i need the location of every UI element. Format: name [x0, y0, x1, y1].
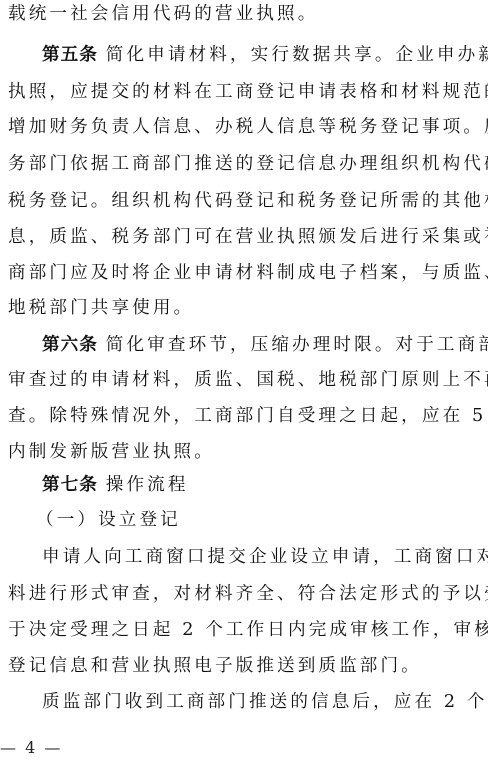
text-line: 查。除特殊情况外，工商部门自受理之日起，应在 5 个工作日	[8, 405, 480, 427]
line-text: 申请人向工商窗口提交企业设立申请，工商窗口对申请材	[42, 547, 488, 567]
text-line: 载统一社会信用代码的营业执照。	[8, 3, 480, 25]
document-page: 载统一社会信用代码的营业执照。 第五条简化申请材料，实行数据共享。企业申办新版营…	[0, 0, 488, 771]
text-line: 审查过的申请材料，质监、国税、地税部门原则上不再重复审	[8, 369, 480, 391]
page-number: — 4 —	[0, 738, 62, 758]
line-text: 税务登记。组织机构代码登记和税务登记所需的其他材料和信	[8, 191, 488, 211]
line-text: 内制发新版营业执照。	[8, 442, 215, 462]
section-heading: （一）设立登记	[36, 510, 181, 530]
text-line: 地税部门共享使用。	[8, 297, 480, 319]
line-text: 务部门依据工商部门推送的登记信息办理组织机构代码登记和	[8, 154, 488, 174]
article-heading: 第六条	[42, 335, 98, 355]
line-text: 增加财务负责人信息、办税人信息等税务登记事项。质监、税	[8, 117, 488, 137]
article-5-heading-line: 第五条简化申请材料，实行数据共享。企业申办新版营业	[42, 44, 480, 66]
text-line: 执照，应提交的材料在工商登记申请表格和材料规范的基础上，	[8, 81, 480, 103]
line-text: 操作流程	[106, 475, 189, 495]
line-text: 息，质监、税务部门可在营业执照颁发后进行采集或补充。工	[8, 227, 488, 247]
line-text: 审查过的申请材料，质监、国税、地税部门原则上不再重复审	[8, 370, 488, 390]
text-line: 增加财务负责人信息、办税人信息等税务登记事项。质监、税	[8, 116, 480, 138]
line-text: 地税部门共享使用。	[8, 298, 194, 318]
text-line: 息，质监、税务部门可在营业执照颁发后进行采集或补充。工	[8, 226, 480, 248]
line-text: 简化审查环节，压缩办理时限。对于工商部门受理	[106, 335, 488, 355]
article-heading: 第五条	[42, 45, 98, 65]
text-line: 登记信息和营业执照电子版推送到质监部门。	[8, 655, 480, 677]
text-line: 于决定受理之日起 2 个工作日内完成审核工作，审核通过后将	[8, 619, 480, 641]
line-text: 查。除特殊情况外，工商部门自受理之日起，应在 5 个工作日	[8, 406, 488, 426]
section-heading-line: （一）设立登记	[36, 509, 488, 531]
text-line: 商部门应及时将企业申请材料制成电子档案，与质监、国税、	[8, 262, 480, 284]
text-line: 务部门依据工商部门推送的登记信息办理组织机构代码登记和	[8, 153, 480, 175]
line-text: 于决定受理之日起 2 个工作日内完成审核工作，审核通过后将	[8, 620, 488, 640]
article-heading: 第七条	[42, 475, 98, 495]
text-line: 税务登记。组织机构代码登记和税务登记所需的其他材料和信	[8, 190, 480, 212]
line-text: 简化申请材料，实行数据共享。企业申办新版营业	[106, 45, 488, 65]
line-text: 载统一社会信用代码的营业执照。	[8, 4, 318, 24]
text-line: 申请人向工商窗口提交企业设立申请，工商窗口对申请材	[42, 546, 480, 568]
line-text: 登记信息和营业执照电子版推送到质监部门。	[8, 656, 422, 676]
line-text: 执照，应提交的材料在工商登记申请表格和材料规范的基础上，	[8, 82, 488, 102]
line-text: 质监部门收到工商部门推送的信息后，应在 2 个工作日内	[42, 692, 488, 712]
text-line: 料进行形式审查，对材料齐全、符合法定形式的予以受理，并	[8, 583, 480, 605]
article-7-heading-line: 第七条操作流程	[42, 474, 480, 496]
line-text: 商部门应及时将企业申请材料制成电子档案，与质监、国税、	[8, 263, 488, 283]
text-line: 内制发新版营业执照。	[8, 441, 480, 463]
article-6-heading-line: 第六条简化审查环节，压缩办理时限。对于工商部门受理	[42, 334, 480, 356]
line-text: 料进行形式审查，对材料齐全、符合法定形式的予以受理，并	[8, 584, 488, 604]
text-line: 质监部门收到工商部门推送的信息后，应在 2 个工作日内	[42, 691, 480, 713]
